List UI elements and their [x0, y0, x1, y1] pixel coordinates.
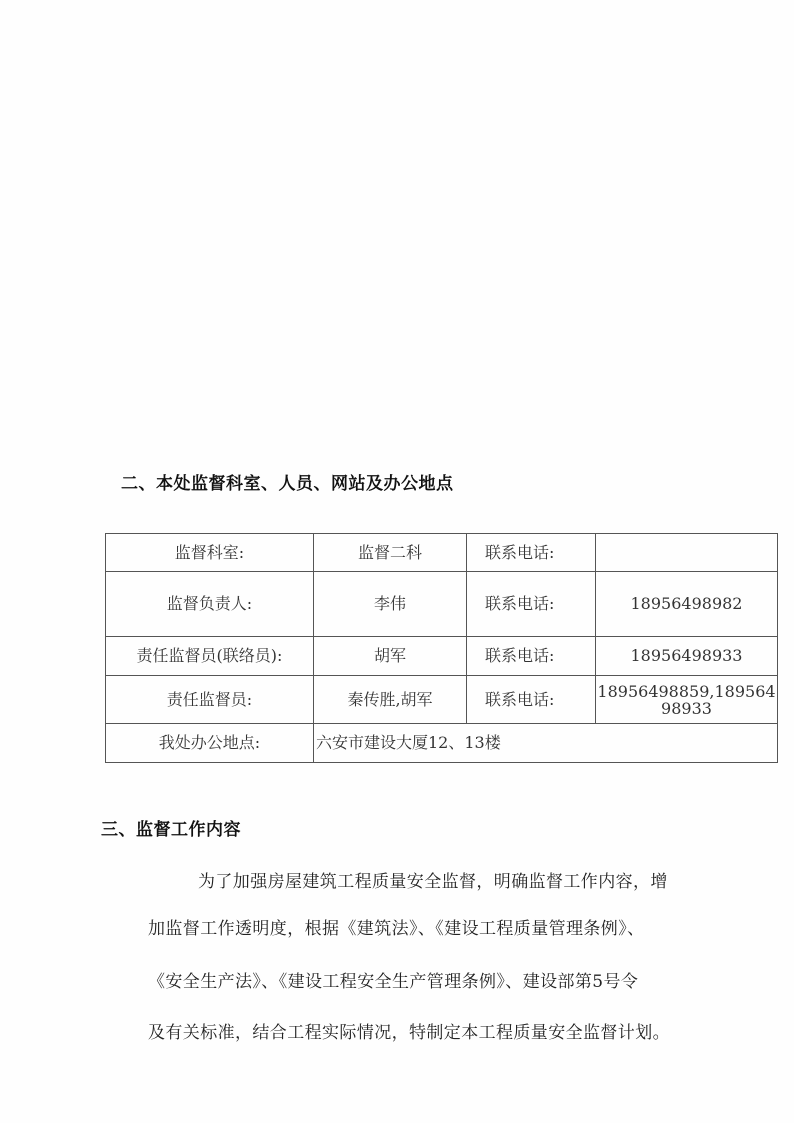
- phone-value-text: 18956498859,18956498933: [596, 683, 777, 717]
- section-heading-office-staff: 二、本处监督科室、人员、网站及办公地点: [121, 469, 454, 494]
- row-label: 责任监督员:: [106, 676, 314, 724]
- row-label: 监督科室:: [106, 534, 314, 572]
- table-row: 监督负责人: 李伟 联系电话: 18956498982: [106, 572, 778, 637]
- row-label: 监督负责人:: [106, 572, 314, 637]
- row-label: 责任监督员(联络员):: [106, 637, 314, 676]
- phone-label: 联系电话:: [467, 637, 596, 676]
- paragraph-line: 加监督工作透明度，根据《建筑法》、《建设工程质量管理条例》、: [148, 914, 704, 939]
- phone-label: 联系电话:: [467, 572, 596, 637]
- paragraph-line: 《安全生产法》、《建设工程安全生产管理条例》、建设部第5号令: [148, 967, 704, 992]
- office-address: 六安市建设大厦12、13楼: [314, 724, 778, 763]
- phone-value: 18956498982: [596, 572, 778, 637]
- table-row: 我处办公地点: 六安市建设大厦12、13楼: [106, 724, 778, 763]
- phone-value: [596, 534, 778, 572]
- table-row: 责任监督员: 秦传胜,胡军 联系电话: 18956498859,18956498…: [106, 676, 778, 724]
- table-row: 责任监督员(联络员): 胡军 联系电话: 18956498933: [106, 637, 778, 676]
- section-heading-work-content: 三、监督工作内容: [101, 815, 241, 840]
- phone-value: 18956498933: [596, 637, 778, 676]
- row-value: 李伟: [314, 572, 467, 637]
- paragraph-line: 及有关标准，结合工程实际情况，特制定本工程质量安全监督计划。: [148, 1018, 704, 1043]
- row-value: 秦传胜,胡军: [314, 676, 467, 724]
- phone-value: 18956498859,18956498933: [596, 676, 778, 724]
- supervision-info-table: 监督科室: 监督二科 联系电话: 监督负责人: 李伟 联系电话: 1895649…: [105, 533, 778, 763]
- phone-label: 联系电话:: [467, 676, 596, 724]
- paragraph-line: 为了加强房屋建筑工程质量安全监督，明确监督工作内容，增: [198, 867, 754, 892]
- table-row: 监督科室: 监督二科 联系电话:: [106, 534, 778, 572]
- row-value: 胡军: [314, 637, 467, 676]
- row-value: 监督二科: [314, 534, 467, 572]
- phone-label: 联系电话:: [467, 534, 596, 572]
- row-label: 我处办公地点:: [106, 724, 314, 763]
- document-page: 二、本处监督科室、人员、网站及办公地点 监督科室: 监督二科 联系电话: 监督负…: [0, 0, 794, 1123]
